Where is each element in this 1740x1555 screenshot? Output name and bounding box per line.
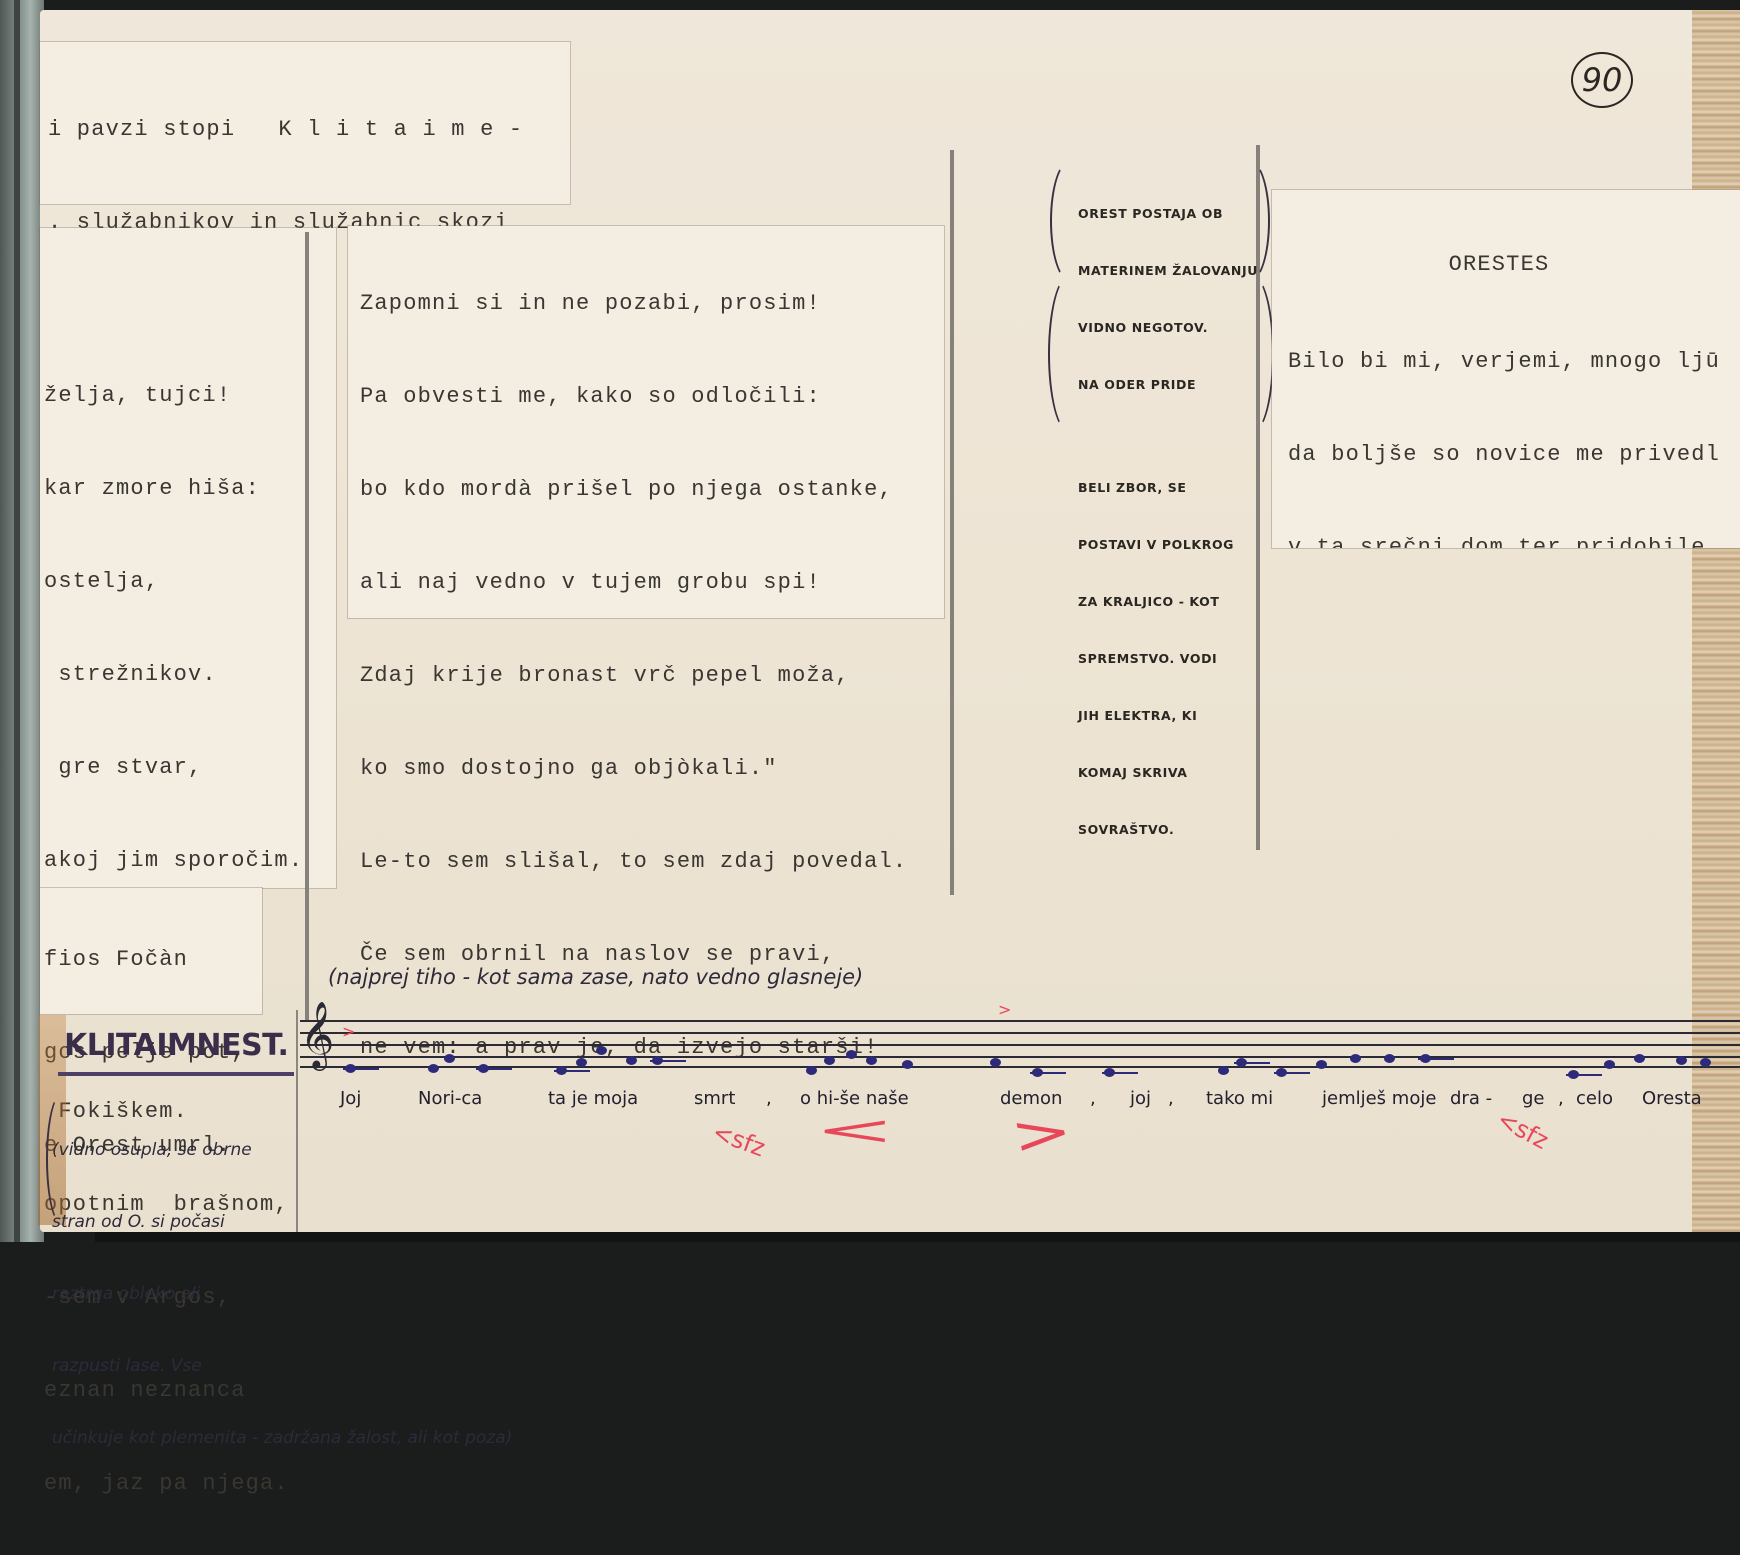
note-head [626,1056,637,1065]
note-head [1604,1060,1615,1069]
note-line: SOVRAŠTVO. [1078,820,1258,839]
page-number: 90 [1571,52,1633,108]
text-line: Zapomni si in ne pozabi, prosim! [360,282,944,325]
note-head [990,1058,1001,1067]
note-line: KOMAJ SKRIVA [1078,763,1258,782]
text-line: strežnikov. [44,653,336,696]
text-line: gre stvar, [44,746,336,789]
ledger-line [1234,1062,1270,1064]
staff-line [300,1044,1740,1046]
note-head [902,1060,913,1069]
ledger-line [1274,1072,1310,1074]
direction-bracket [46,1094,76,1224]
note-head [1384,1054,1395,1063]
treble-clef-icon: 𝄞 [300,1000,334,1069]
note-head [596,1046,607,1055]
text-line: ko smo dostojno ga objòkali." [360,747,944,790]
note-head [846,1050,857,1059]
lyric: , [1090,1088,1096,1109]
note-line: MATERINEM ŽALOVANJU [1078,261,1258,280]
text-line: bo kdo mordà prišel po njega ostanke, [360,468,944,511]
scanned-page: i pavzi stopi K l i t a i m e - . služab… [0,0,1740,1242]
text-line: i pavzi stopi K l i t a i m e - [48,108,570,151]
tempo-direction: (najprej tiho - kot sama zase, nato vedn… [328,965,863,989]
column-rule [950,150,954,895]
note-head [1218,1066,1229,1075]
lyric: o hi-še naše [800,1088,909,1109]
ledger-line [1030,1072,1066,1074]
lyric: , [766,1088,772,1109]
spine-groove [14,0,20,1242]
text-line: ostelja, [44,560,336,603]
ledger-line [650,1060,686,1062]
ledger-line [554,1070,590,1072]
stage-direction: (vidno osupla, se obrne stran od O. si p… [52,1090,512,1242]
lyric: , [1558,1088,1564,1109]
text-line: Le-to sem slišal, to sem zdaj povedal. [360,840,944,883]
note-head [428,1064,439,1073]
text-line: Zdaj krije bronast vrč pepel moža, [360,654,944,697]
ledger-line [476,1068,512,1070]
note-line: BELI ZBOR, SE [1078,478,1258,497]
text-line: akoj jim sporočim. [44,839,336,882]
lyric: Nori-ca [418,1088,482,1109]
accent-mark: > [342,1022,355,1041]
note-line: SPREMSTVO. VODI [1078,649,1258,668]
text-line: kar zmore hiša: [44,467,336,510]
lyric: ge [1522,1088,1545,1109]
note-head [1634,1054,1645,1063]
text-line: v ta srečni dom ter pridobile [1288,526,1740,548]
text-line: ali naj vedno v tujem grobu spi! [360,561,944,604]
accent-mark: > [998,1000,1011,1019]
note-head [1350,1054,1361,1063]
right-column: ORESTES Bilo bi mi, verjemi, mnogo ljū d… [1272,190,1740,548]
lyric: dra - [1450,1088,1492,1109]
text-line: Pa obvesti me, kako so odločili: [360,375,944,418]
column-rule [305,232,309,1022]
lyric: ta je moja [548,1088,638,1109]
lyric: , [1168,1088,1174,1109]
lyric: Joj [340,1088,361,1109]
note-head [1700,1058,1711,1067]
text-line: Bilo bi mi, verjemi, mnogo ljū [1288,340,1740,383]
note-head [444,1054,455,1063]
middle-column: Zapomni si in ne pozabi, prosim! Pa obve… [348,226,944,618]
staff-line [300,1032,1740,1034]
lyric: joj [1130,1088,1151,1109]
column-rule [296,1010,298,1232]
ledger-line [1418,1058,1454,1060]
direction-line: (vidno osupla, se obrne [52,1138,512,1162]
lyric: tako mi [1206,1088,1273,1109]
lyric: jemlješ moje [1322,1088,1436,1109]
staff-line [300,1056,1740,1058]
note-head [1316,1060,1327,1069]
note-head [824,1056,835,1065]
ledger-line [1566,1074,1602,1076]
dynamic-crescendo: < [815,1108,895,1154]
note-line: JIH ELEKTRA, KI [1078,706,1258,725]
lyric: celo [1576,1088,1613,1109]
lyric: Oresta [1642,1088,1702,1109]
note-head [806,1066,817,1075]
text-line: fios Fočàn [44,938,262,981]
note-line: OREST POSTAJA OB [1078,204,1258,223]
left-column-block-c: fios Fočàn gos pelje pot, e Orest umrl. [40,888,262,1014]
text-line: da boljše so novice me privedl [1288,433,1740,476]
note-line: NA ODER PRIDE [1078,375,1258,394]
note-line: VIDNO NEGOTOV. [1078,318,1258,337]
top-fragment: i pavzi stopi K l i t a i m e - . služab… [40,42,570,204]
stage-note: OREST POSTAJA OB MATERINEM ŽALOVANJU VID… [1078,166,1258,877]
note-head [576,1058,587,1067]
text-line: želja, tujci! [44,374,336,417]
ledger-line [1102,1072,1138,1074]
staff-line [300,1020,1740,1022]
note-head [866,1056,877,1065]
left-column-block-a: želja, tujci! kar zmore hiša: ostelja, s… [40,228,336,888]
note-line: POSTAVI V POLKROG [1078,535,1258,554]
character-underline [58,1072,294,1076]
note-line: ZA KRALJICO - KOT [1078,592,1258,611]
direction-line: stran od O. si počasi [52,1210,512,1234]
dynamic-decrescendo: > [1006,1101,1078,1166]
note-head [1676,1056,1687,1065]
speaker-name: ORESTES [1288,240,1740,290]
ledger-line [343,1068,379,1070]
lyric: smrt [694,1088,735,1109]
character-name: KLITAIMNEST. [64,1028,288,1063]
staff-line [300,1066,1740,1068]
